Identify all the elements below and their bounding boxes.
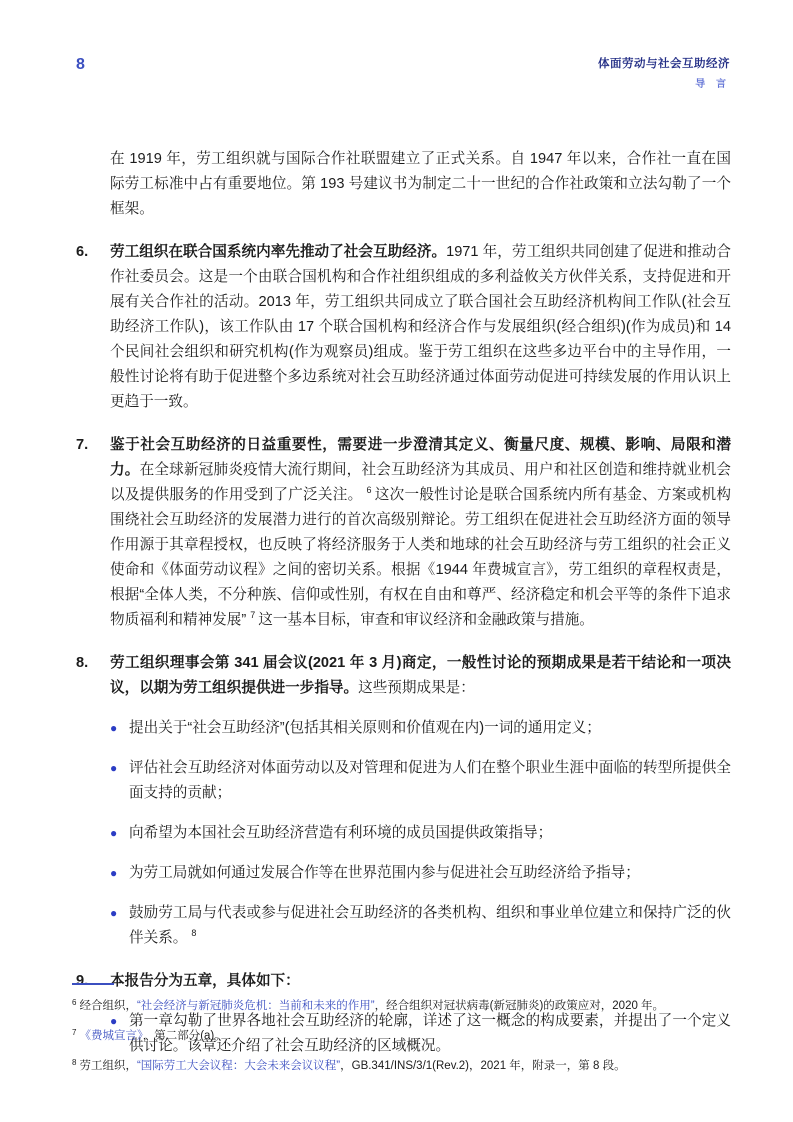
- paragraph-7: 7. 鉴于社会互助经济的日益重要性，需要进一步澄清其定义、衡量尺度、规模、影响、…: [76, 433, 731, 633]
- list-item-text: 提出关于“社会互助经济”(包括其相关原则和价值观在内)一词的通用定义；: [129, 716, 731, 741]
- list-item: ● 为劳工局就如何通过发展合作等在世界范围内参与促进社会互助经济给予指导；: [110, 861, 731, 886]
- page-number: 8: [76, 56, 85, 74]
- bullet-icon: ●: [110, 861, 129, 886]
- footnote-ref-6[interactable]: 6: [367, 485, 372, 495]
- footnote-link[interactable]: 《费城宣言》: [79, 1030, 142, 1042]
- footnote-text: ，第二部分(a)。: [143, 1030, 226, 1042]
- footnote-text: ，GB.341/INS/3/1(Rev.2)，2021 年，附录一，第 8 段。: [340, 1060, 625, 1072]
- list-item-text: 鼓励劳工局与代表或参与促进社会互助经济的各类机构、组织和事业单位建立和保持广泛的…: [129, 901, 731, 951]
- intro-paragraph: 在 1919 年，劳工组织就与国际合作社联盟建立了正式关系。自 1947 年以来…: [76, 147, 731, 222]
- footnote-text: 劳工组织，: [79, 1060, 137, 1072]
- paragraph-number: 8.: [76, 651, 110, 701]
- paragraph-text: 劳工组织在联合国系统内率先推动了社会互助经济。1971 年，劳工组织共同创建了促…: [110, 240, 731, 415]
- paragraph-number: 7.: [76, 433, 110, 633]
- paragraph-number: 6.: [76, 240, 110, 415]
- list-item: ● 鼓励劳工局与代表或参与促进社会互助经济的各类机构、组织和事业单位建立和保持广…: [110, 901, 731, 951]
- paragraph-rest: 1971 年，劳工组织共同创建了促进和推动合作社委员会。这是一个由联合国机构和合…: [110, 244, 731, 410]
- footnote-ref-8[interactable]: 8: [191, 928, 196, 938]
- list-item: ● 向希望为本国社会互助经济营造有利环境的成员国提供政策指导；: [110, 821, 731, 846]
- footnote-link[interactable]: “社会经济与新冠肺炎危机：当前和未来的作用”: [137, 1000, 375, 1012]
- paragraph-text: 劳工组织理事会第 341 届会议(2021 年 3 月)商定，一般性讨论的预期成…: [110, 651, 731, 701]
- footnote-8: 8劳工组织，“国际劳工大会议程：大会未来会议议程”，GB.341/INS/3/1…: [72, 1054, 732, 1075]
- footnote-number: 7: [72, 1028, 76, 1037]
- list-item-text: 评估社会互助经济对体面劳动以及对管理和促进为人们在整个职业生涯中面临的转型所提供…: [129, 756, 731, 806]
- list-item-text: 为劳工局就如何通过发展合作等在世界范围内参与促进社会互助经济给予指导；: [129, 861, 731, 886]
- header-title: 体面劳动与社会互助经济: [598, 55, 730, 71]
- bullet-list-outcomes: ● 提出关于“社会互助经济”(包括其相关原则和价值观在内)一词的通用定义； ● …: [110, 716, 731, 951]
- footnotes-section: 6经合组织，“社会经济与新冠肺炎危机：当前和未来的作用”，经合组织对冠状病毒(新…: [72, 983, 732, 1084]
- list-item: ● 提出关于“社会互助经济”(包括其相关原则和价值观在内)一词的通用定义；: [110, 716, 731, 741]
- list-item: ● 评估社会互助经济对体面劳动以及对管理和促进为人们在整个职业生涯中面临的转型所…: [110, 756, 731, 806]
- paragraph-6: 6. 劳工组织在联合国系统内率先推动了社会互助经济。1971 年，劳工组织共同创…: [76, 240, 731, 415]
- footnote-link[interactable]: “国际劳工大会议程：大会未来会议议程”: [137, 1060, 340, 1072]
- footnote-6: 6经合组织，“社会经济与新冠肺炎危机：当前和未来的作用”，经合组织对冠状病毒(新…: [72, 994, 732, 1015]
- header-subtitle: 导 言: [598, 75, 730, 90]
- bullet-icon: ●: [110, 821, 129, 846]
- footnote-divider: [72, 983, 114, 985]
- list-item-label: 提出关于“社会互助经济”(包括其相关原则和价值观在内)一词的通用定义；: [129, 720, 601, 736]
- document-page: 8 体面劳动与社会互助经济 导 言 在 1919 年，劳工组织就与国际合作社联盟…: [0, 0, 793, 1122]
- bullet-icon: ●: [110, 901, 129, 951]
- paragraph-lead: 劳工组织在联合国系统内率先推动了社会互助经济。: [110, 244, 446, 260]
- document-body: 在 1919 年，劳工组织就与国际合作社联盟建立了正式关系。自 1947 年以来…: [76, 147, 731, 1074]
- paragraph-text: 鉴于社会互助经济的日益重要性，需要进一步澄清其定义、衡量尺度、规模、影响、局限和…: [110, 433, 731, 633]
- bullet-icon: ●: [110, 716, 129, 741]
- page-header: 体面劳动与社会互助经济 导 言: [598, 55, 730, 90]
- bullet-icon: ●: [110, 756, 129, 806]
- footnote-text: ，经合组织对冠状病毒(新冠肺炎)的政策应对，2020 年。: [375, 1000, 664, 1012]
- list-item-text: 向希望为本国社会互助经济营造有利环境的成员国提供政策指导；: [129, 821, 731, 846]
- footnote-ref-7[interactable]: 7: [250, 610, 255, 620]
- paragraph-segment: 这一基本目标，审查和审议经济和金融政策与措施。: [258, 612, 594, 628]
- paragraph-segment: 这次一般性讨论是联合国系统内所有基金、方案或机构围绕社会互助经济的发展潜力进行的…: [110, 487, 731, 628]
- list-item-label: 向希望为本国社会互助经济营造有利环境的成员国提供政策指导；: [129, 825, 552, 841]
- footnote-number: 6: [72, 998, 76, 1007]
- list-item-label: 评估社会互助经济对体面劳动以及对管理和促进为人们在整个职业生涯中面临的转型所提供…: [129, 760, 731, 801]
- footnote-text: 经合组织，: [79, 1000, 137, 1012]
- list-item-label: 为劳工局就如何通过发展合作等在世界范围内参与促进社会互助经济给予指导；: [129, 865, 640, 881]
- paragraph-rest: 这些预期成果是：: [358, 680, 475, 696]
- footnote-7: 7《费城宣言》，第二部分(a)。: [72, 1024, 732, 1045]
- list-item-label: 鼓励劳工局与代表或参与促进社会互助经济的各类机构、组织和事业单位建立和保持广泛的…: [129, 905, 731, 946]
- paragraph-8: 8. 劳工组织理事会第 341 届会议(2021 年 3 月)商定，一般性讨论的…: [76, 651, 731, 701]
- footnote-number: 8: [72, 1058, 76, 1067]
